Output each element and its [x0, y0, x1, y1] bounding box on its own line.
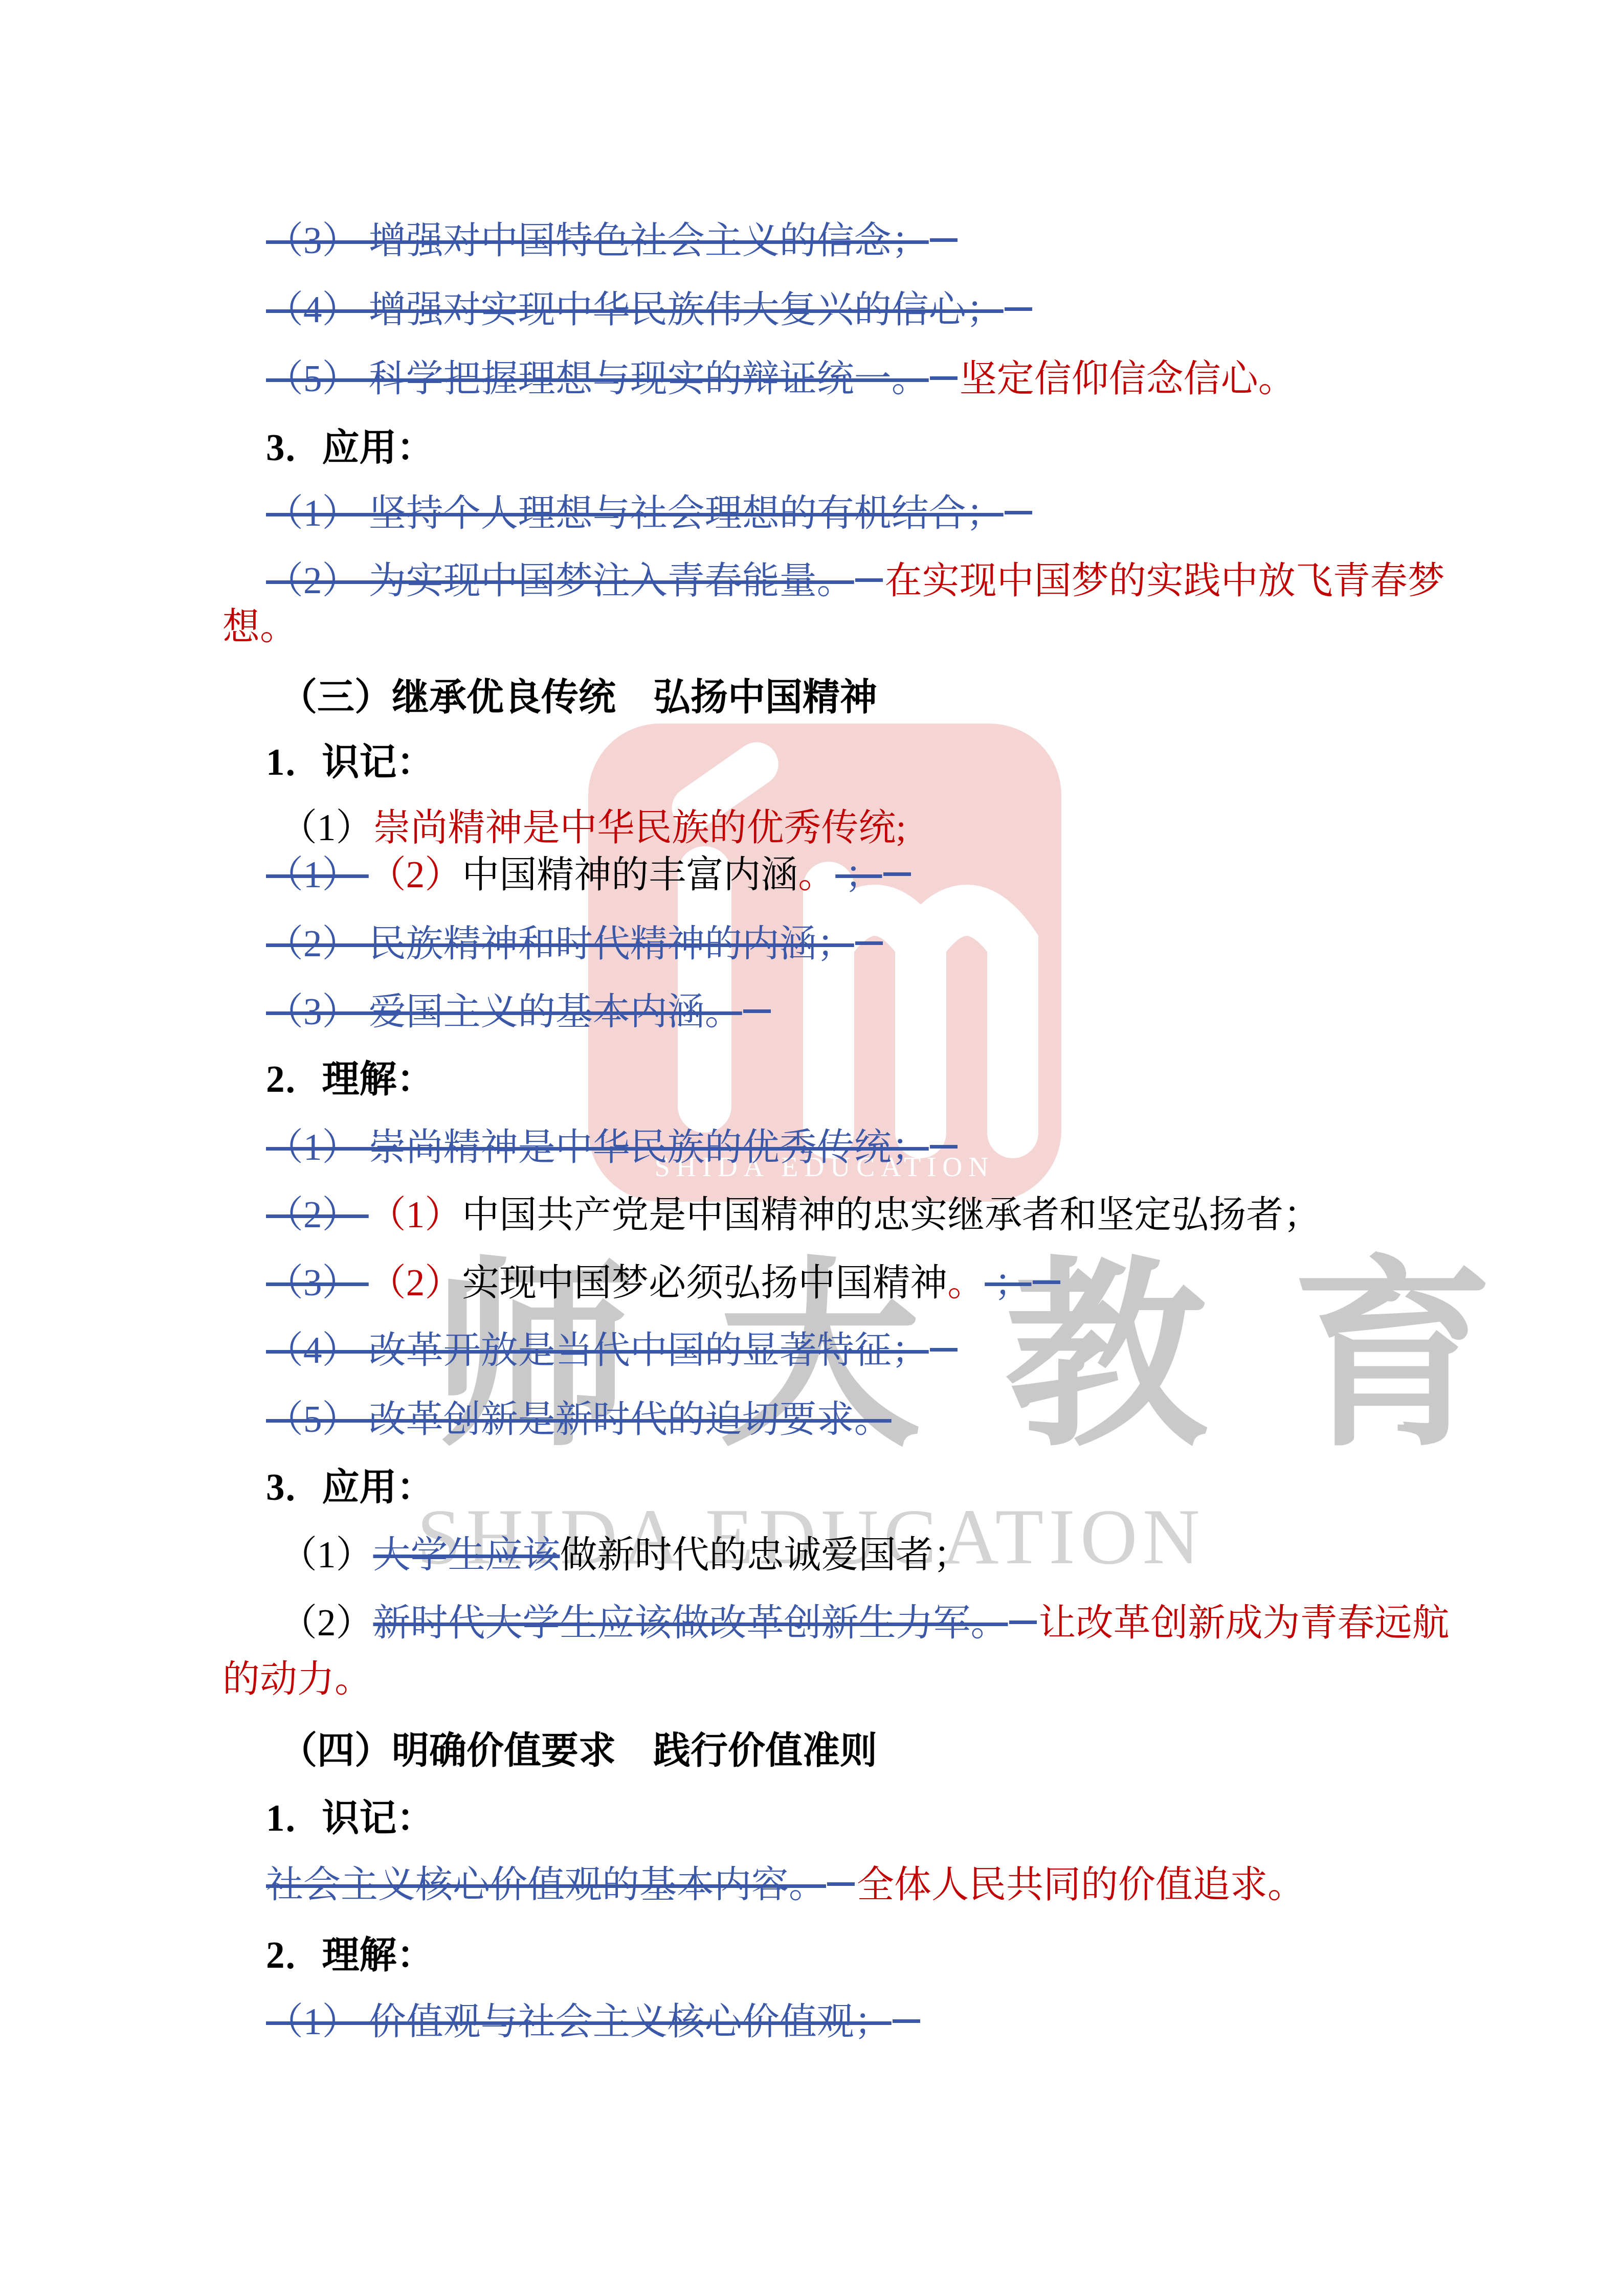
inserted-text: 想。 — [223, 606, 297, 647]
doc-line: （四）明确价值要求 践行价值准则 — [280, 1730, 877, 1772]
strikethrough-tail — [930, 1145, 958, 1149]
deleted-text: （1） 坚持个人理想与社会理想的有机结合； — [266, 492, 1004, 534]
doc-line: （1） 坚持个人理想与社会理想的有机结合； — [266, 492, 1034, 534]
strikethrough-tail — [827, 1882, 855, 1886]
doc-line: （1）崇尚精神是中华民族的优秀传统; — [280, 807, 906, 849]
inserted-text: （1） — [369, 1194, 462, 1235]
inserted-text: 。 — [947, 1262, 985, 1303]
body-text: 实现中国梦必须弘扬中国精神 — [462, 1262, 947, 1303]
strikethrough-tail — [743, 1009, 771, 1013]
doc-line: （4） 改革开放是当代中国的显著特征； — [266, 1330, 960, 1371]
body-text: （1） — [280, 807, 373, 848]
inserted-text: 让改革创新成为青春远航 — [1039, 1602, 1450, 1644]
doc-line: （三）继承优良传统 弘扬中国精神 — [280, 677, 877, 718]
doc-line: （5） 改革创新是新时代的迫切要求。 — [266, 1399, 892, 1440]
heading-text: （三）继承优良传统 弘扬中国精神 — [280, 677, 877, 718]
heading-text: 3．应用： — [266, 1467, 434, 1508]
deleted-text: （1） — [266, 854, 369, 895]
deleted-text: ； — [985, 1262, 1031, 1303]
deleted-text: （4） 增强对实现中华民族伟大复兴的信心； — [266, 289, 1004, 330]
doc-line: 的动力。 — [223, 1658, 372, 1700]
heading-text: 3．应用： — [266, 427, 434, 468]
heading-text: 2．理解： — [266, 1934, 434, 1976]
strikethrough-tail — [855, 941, 883, 945]
body-text: （2） — [280, 1602, 373, 1644]
doc-line: 想。 — [223, 606, 297, 648]
strikethrough-tail — [883, 872, 911, 876]
doc-line: 社会主义核心价值观的基本内容。全体人民共同的价值追求。 — [266, 1864, 1305, 1906]
inserted-text: （2） — [369, 1262, 462, 1303]
doc-line: （3） 爱国主义的基本内涵。 — [266, 991, 773, 1033]
deleted-text: （3） 爱国主义的基本内涵。 — [266, 991, 742, 1032]
deleted-text: （3） 增强对中国特色社会主义的信念； — [266, 220, 929, 261]
body-text: 做新时代的忠诚爱国者； — [560, 1534, 971, 1575]
deleted-text: （3） — [266, 1262, 369, 1303]
deleted-text: 大学生应该 — [373, 1534, 560, 1575]
doc-line: （2） 民族精神和时代精神的内涵； — [266, 923, 885, 965]
inserted-text: 全体人民共同的价值追求。 — [857, 1864, 1305, 1905]
inserted-text: 的动力。 — [223, 1658, 372, 1700]
deleted-text: （4） 改革开放是当代中国的显著特征； — [266, 1330, 929, 1371]
strikethrough-tail — [930, 238, 958, 242]
inserted-text: 崇尚精神是中华民族的优秀传统; — [373, 807, 906, 848]
document-body: （3） 增强对中国特色社会主义的信念；（4） 增强对实现中华民族伟大复兴的信心；… — [0, 0, 1624, 2296]
deleted-text: （5） 科学把握理想与现实的辩证统一。 — [266, 358, 929, 399]
doc-line: （2） （1）中国共产党是中国精神的忠实继承者和坚定弘扬者； — [266, 1194, 1321, 1236]
doc-line: （1） 价值观与社会主义核心价值观； — [266, 2001, 922, 2043]
heading-text: 1．识记： — [266, 741, 434, 783]
strikethrough-tail — [1009, 1620, 1037, 1624]
inserted-text: 在实现中国梦的实践中放飞青春梦 — [885, 560, 1445, 601]
doc-line: 2．理解： — [266, 1059, 434, 1100]
deleted-text: （1） 价值观与社会主义核心价值观； — [266, 2001, 892, 2042]
strikethrough-tail — [930, 1348, 958, 1352]
body-text: 中国共产党是中国精神的忠实继承者和坚定弘扬者； — [462, 1194, 1321, 1235]
doc-line: （1） 崇尚精神是中华民族的优秀传统； — [266, 1127, 960, 1168]
doc-line: （5） 科学把握理想与现实的辩证统一。坚定信仰信念信心。 — [266, 358, 1296, 400]
heading-text: 2．理解： — [266, 1059, 434, 1100]
doc-line: （2）新时代大学生应该做改革创新生力军。让改革创新成为青春远航 — [280, 1602, 1450, 1644]
doc-line: 1．识记： — [266, 1797, 434, 1839]
doc-line: （1） （2）中国精神的丰富内涵。 ； — [266, 854, 913, 896]
doc-line: 1．识记： — [266, 741, 434, 783]
doc-line: （3） （2）实现中国梦必须弘扬中国精神。 ； — [266, 1262, 1062, 1304]
inserted-text: （2） — [369, 854, 462, 895]
doc-line: （2） 为实现中国梦注入青春能量。在实现中国梦的实践中放飞青春梦 — [266, 560, 1445, 602]
doc-line: （3） 增强对中国特色社会主义的信念； — [266, 220, 960, 262]
deleted-text: 新时代大学生应该做改革创新生力军。 — [373, 1602, 1008, 1644]
body-text: 中国精神的丰富内涵 — [462, 854, 798, 895]
strikethrough-tail — [930, 376, 958, 380]
doc-line: （1）大学生应该做新时代的忠诚爱国者； — [280, 1534, 971, 1576]
deleted-text: （2） 民族精神和时代精神的内涵； — [266, 923, 854, 964]
deleted-text: 社会主义核心价值观的基本内容。 — [266, 1864, 826, 1905]
body-text: （1） — [280, 1534, 373, 1575]
strikethrough-tail — [1005, 307, 1032, 311]
strikethrough-tail — [893, 2019, 920, 2023]
strikethrough-tail — [1033, 1280, 1060, 1284]
deleted-text: ； — [835, 854, 882, 895]
inserted-text: 。 — [798, 854, 835, 895]
strikethrough-tail — [1005, 511, 1032, 514]
heading-text: （四）明确价值要求 践行价值准则 — [280, 1730, 877, 1771]
doc-line: （4） 增强对实现中华民族伟大复兴的信心； — [266, 289, 1034, 331]
document-page: SHIDA EDUCATION 师大教育 SHIDA EDUCATION （3）… — [0, 0, 1624, 2296]
doc-line: 3．应用： — [266, 427, 434, 469]
deleted-text: （1） 崇尚精神是中华民族的优秀传统； — [266, 1127, 929, 1168]
doc-line: 3．应用： — [266, 1467, 434, 1509]
inserted-text: 坚定信仰信念信心。 — [960, 358, 1296, 399]
doc-line: 2．理解： — [266, 1934, 434, 1976]
heading-text: 1．识记： — [266, 1797, 434, 1839]
strikethrough-tail — [855, 578, 883, 582]
deleted-text: （2） — [266, 1194, 369, 1235]
deleted-text: （5） 改革创新是新时代的迫切要求。 — [266, 1399, 892, 1440]
deleted-text: （2） 为实现中国梦注入青春能量。 — [266, 560, 854, 601]
